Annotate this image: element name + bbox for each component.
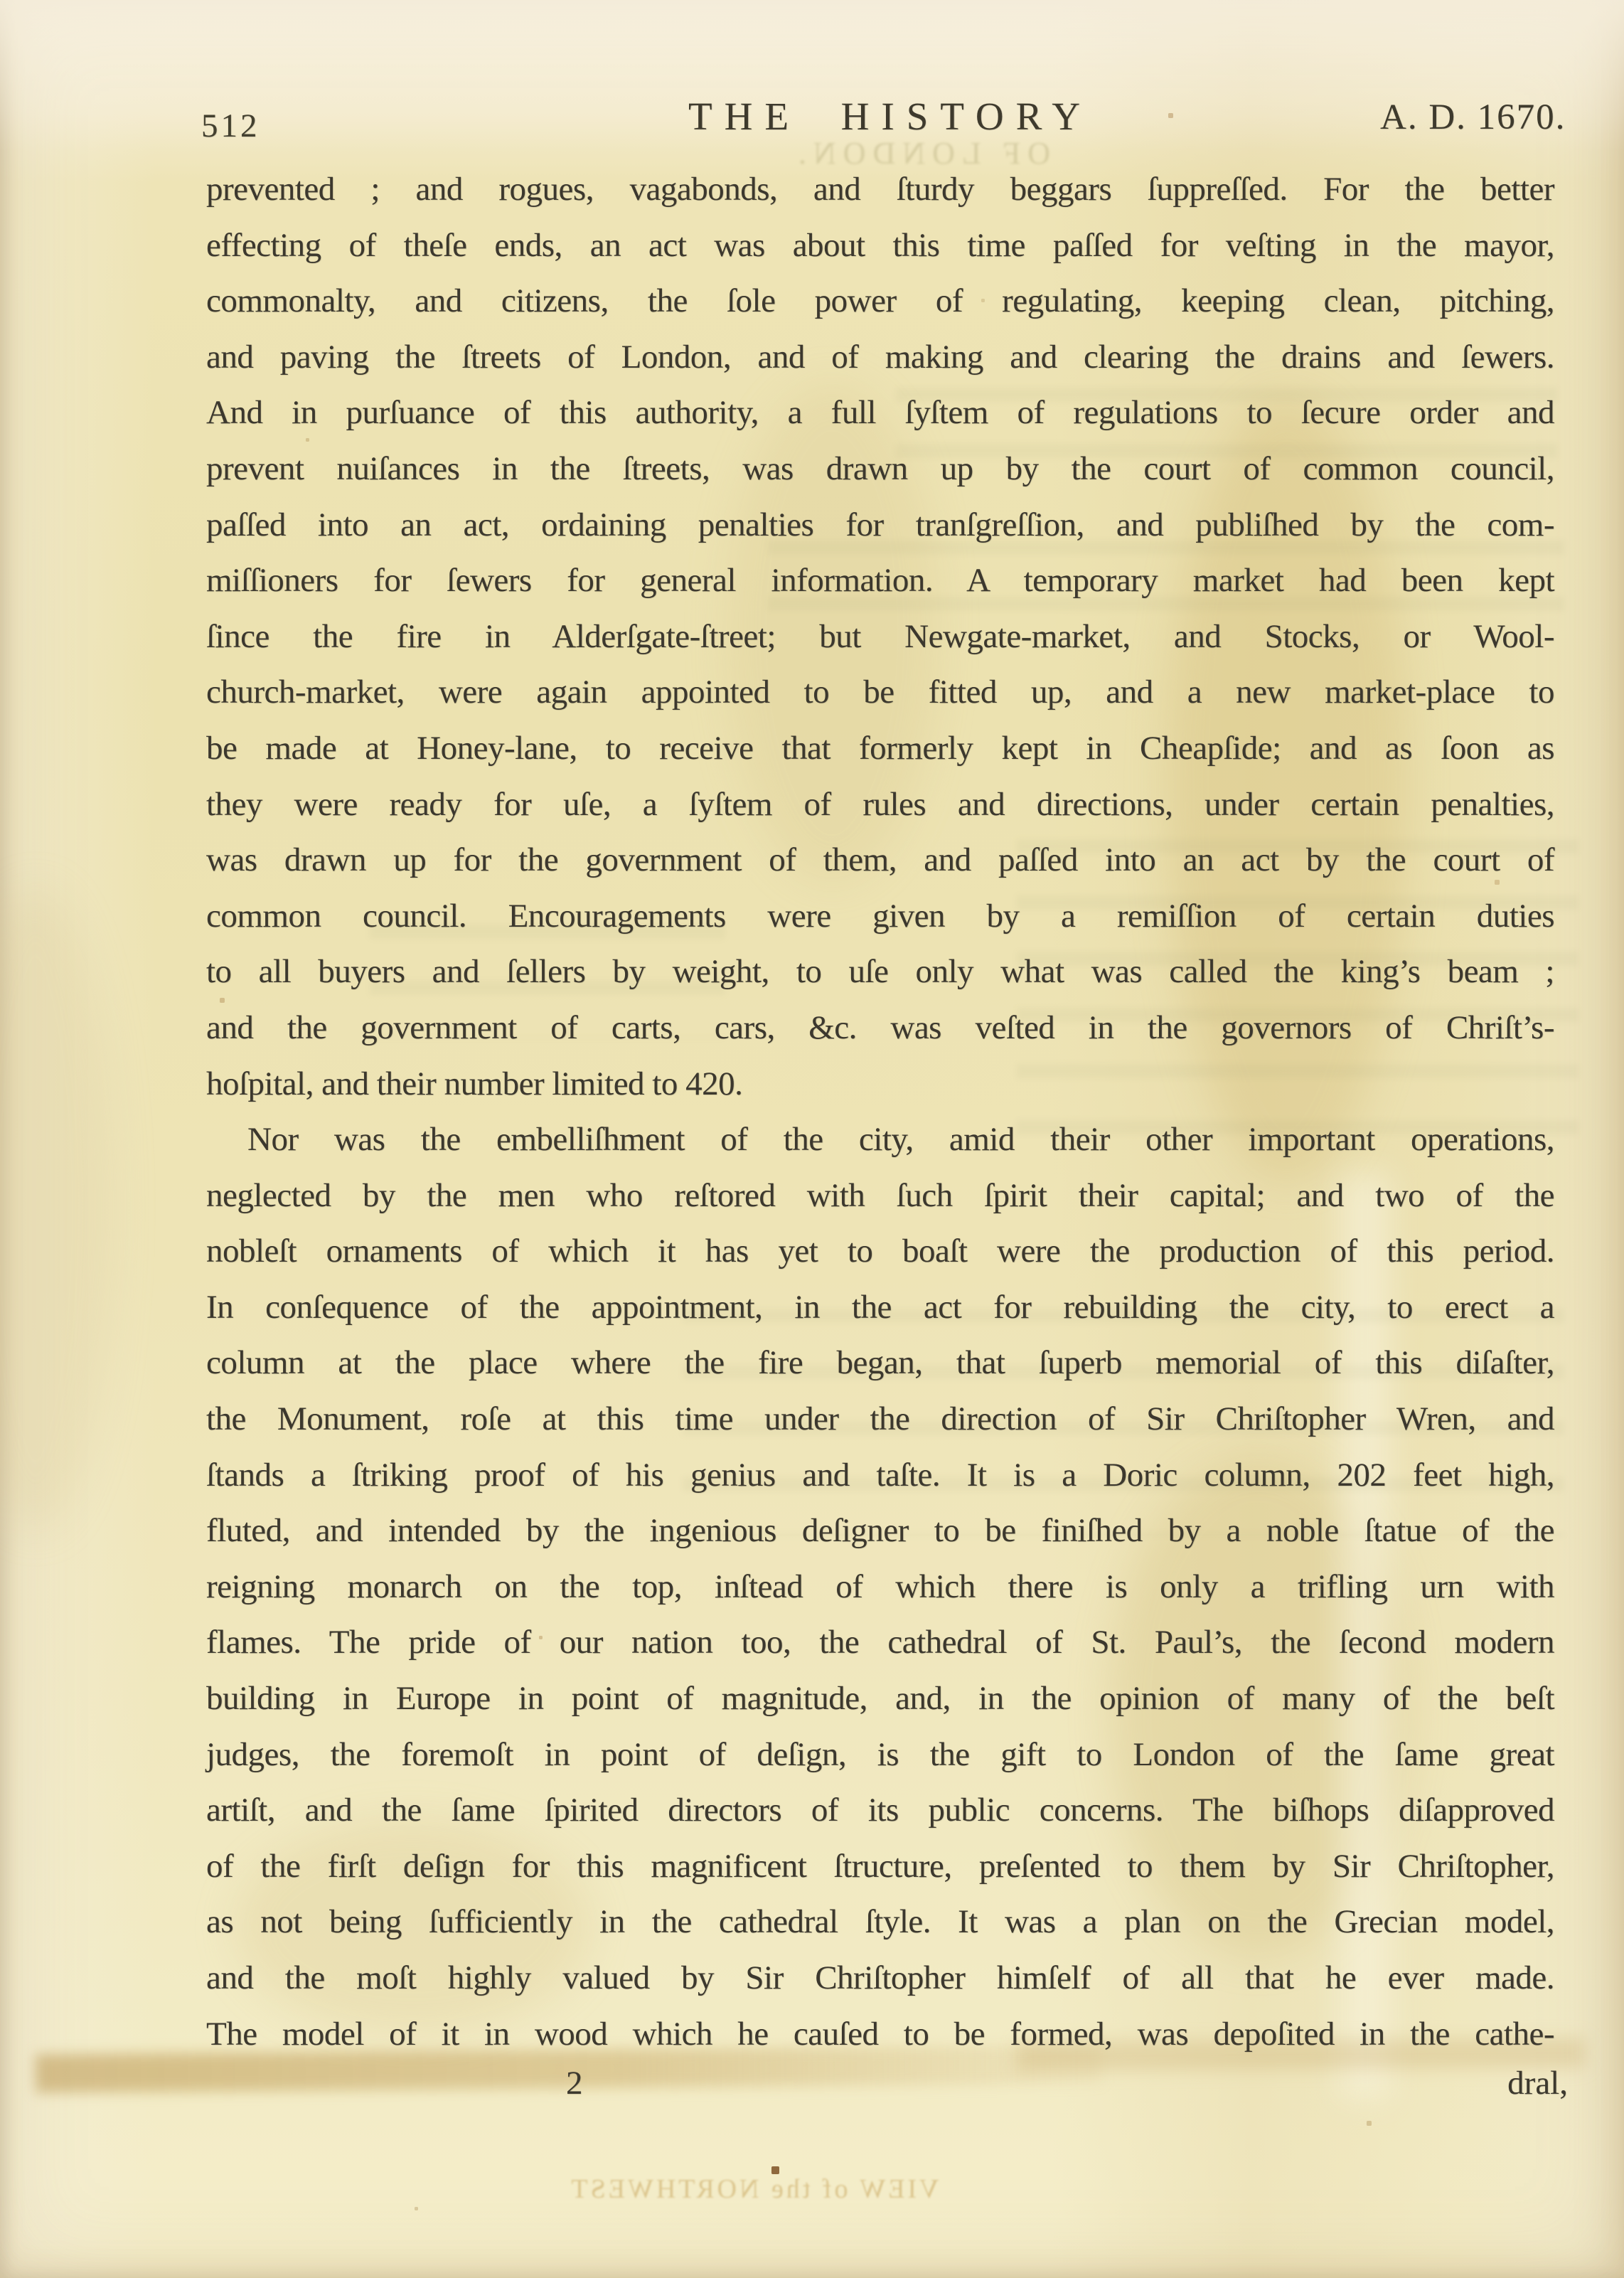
text-line: the Monument, roſe at this time under th… — [206, 1391, 1554, 1447]
text-line: building in Europe in point of magnitude… — [206, 1671, 1554, 1727]
text-line: they were ready for uſe, a ſyſtem of rul… — [206, 777, 1554, 833]
text-line: nobleſt ornaments of which it has yet to… — [206, 1223, 1554, 1279]
bleed-through-caption: VIEW of the NORTHWEST — [562, 2173, 946, 2205]
text-line: In conſequence of the appointment, in th… — [206, 1279, 1554, 1336]
signature-mark: 2 — [566, 2064, 583, 2102]
text-line: judges, the foremoſt in point of deſign,… — [206, 1727, 1554, 1783]
running-title: THE HISTORY — [688, 94, 1092, 139]
text-line: column at the place where the fire began… — [206, 1335, 1554, 1391]
text-line: artiſt, and the ſame ſpirited directors … — [206, 1782, 1554, 1838]
text-line: prevented ; and rogues, vagabonds, and ſ… — [206, 161, 1554, 218]
text-line: The model of it in wood which he cauſed … — [206, 2006, 1554, 2063]
catchword: dral, — [1507, 2064, 1568, 2102]
text-line: And in purſuance of this authority, a fu… — [206, 385, 1554, 441]
paper-stain — [0, 889, 114, 1529]
text-line: and paving the ſtreets of London, and of… — [206, 329, 1554, 385]
text-line: common council. Encouragements were give… — [206, 888, 1554, 944]
text-line: reigning monarch on the top, inſtead of … — [206, 1559, 1554, 1615]
text-line: and the government of carts, cars, &c. w… — [206, 1000, 1554, 1056]
text-line: ſtands a ſtriking proof of his genius an… — [206, 1447, 1554, 1503]
page-number: 512 — [201, 107, 260, 145]
text-line: miſſioners for ſewers for general inform… — [206, 553, 1554, 609]
paper-speckles — [0, 0, 1, 1]
text-line: commonalty, and citizens, the ſole power… — [206, 273, 1554, 329]
body-text-block: prevented ; and rogues, vagabonds, and ſ… — [206, 161, 1554, 2062]
text-line: prevent nuiſances in the ſtreets, was dr… — [206, 441, 1554, 497]
text-line: to all buyers and ſellers by weight, to … — [206, 944, 1554, 1000]
text-line: ſince the fire in Alderſgate-ſtreet; but… — [206, 609, 1554, 665]
text-line: effecting of theſe ends, an act was abou… — [206, 218, 1554, 274]
date-header: A. D. 1670. — [1380, 97, 1566, 138]
text-line: church-market, were again appointed to b… — [206, 664, 1554, 720]
text-line: fluted, and intended by the ingenious de… — [206, 1503, 1554, 1559]
text-line: be made at Honey-lane, to receive that f… — [206, 720, 1554, 777]
text-line: hoſpital, and their number limited to 42… — [206, 1056, 1554, 1112]
text-line: neglected by the men who reſtored with ſ… — [206, 1168, 1554, 1224]
book-page-scan: 512 THE HISTORY A. D. 1670. OF LONDON. p… — [0, 0, 1624, 2278]
text-line: Nor was the embelliſhment of the city, a… — [206, 1112, 1554, 1168]
text-line: flames. The pride of our nation too, the… — [206, 1614, 1554, 1671]
text-line: as not being ſufficiently in the cathedr… — [206, 1894, 1554, 1950]
text-line: was drawn up for the government of them,… — [206, 832, 1554, 888]
text-line: paſſed into an act, ordaining penalties … — [206, 497, 1554, 553]
text-line: and the moſt highly valued by Sir Chriſt… — [206, 1950, 1554, 2006]
text-line: of the firſt deſign for this magnificent… — [206, 1838, 1554, 1895]
